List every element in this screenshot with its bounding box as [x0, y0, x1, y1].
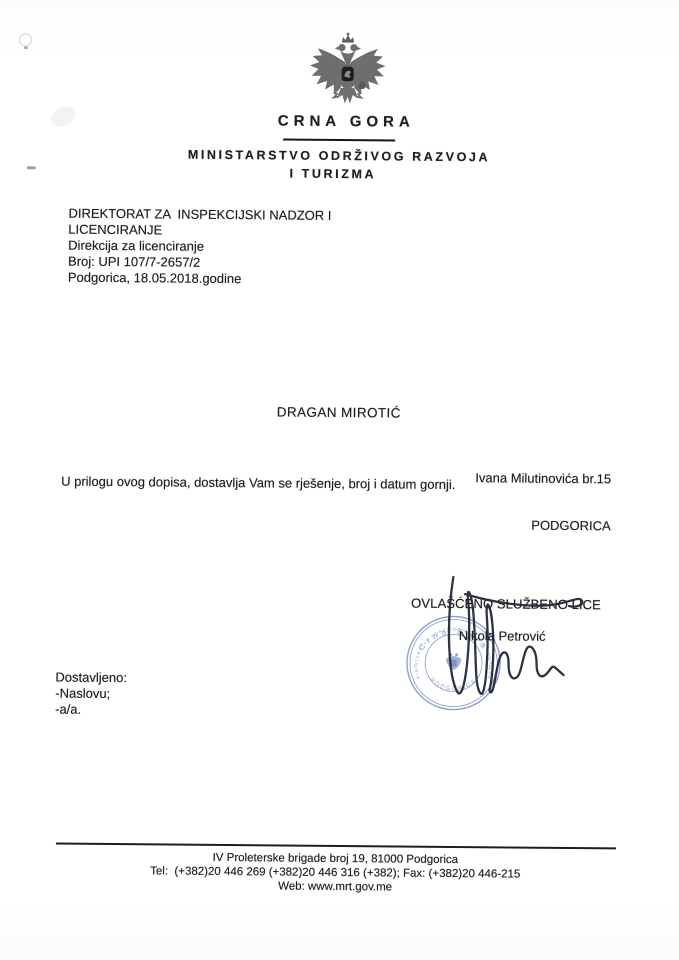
coat-of-arms-icon — [304, 31, 391, 110]
sender-directorate-line2: LICENCIRANJE — [68, 222, 162, 238]
reference-number: Broj: UPI 107/7-2657/2 — [68, 254, 200, 270]
distribution-item: -a/a. — [55, 702, 81, 717]
scan-artifact — [48, 102, 79, 130]
ministry-name-line2: I TURIZMA — [289, 167, 376, 182]
scan-artifact — [19, 33, 32, 46]
recipient-city: PODGORICA — [389, 516, 611, 533]
header-divider — [283, 138, 395, 141]
sender-department: Direkcija za licenciranje — [68, 238, 204, 254]
letter-body: U prilogu ovog dopisa, dostavlja Vam se … — [61, 474, 455, 492]
recipient-name: DRAGAN MIROTIĆ — [277, 404, 401, 420]
ministry-name-line1: MINISTARSTVO ODRŽIVOG RAZVOJA — [188, 148, 490, 165]
distribution-label: Dostavljeno: — [55, 670, 127, 686]
handwritten-signature — [415, 573, 586, 719]
place-and-date: Podgorica, 18.05.2018.godine — [68, 270, 242, 287]
country-title: CRNA GORA — [278, 112, 415, 130]
footer-divider — [56, 843, 616, 850]
recipient-address: Ivana Milutinovića br.15 PODGORICA — [388, 438, 611, 564]
sender-directorate-line1: DIREKTORAT ZA INSPEKCIJSKI NADZOR I — [68, 206, 331, 223]
scan-artifact — [27, 166, 36, 169]
scanned-letter-page: CRNA GORA MINISTARSTVO ODRŽIVOG RAZVOJA … — [0, 0, 679, 960]
distribution-item: -Naslovu; — [55, 686, 110, 701]
scan-artifact — [24, 46, 28, 49]
